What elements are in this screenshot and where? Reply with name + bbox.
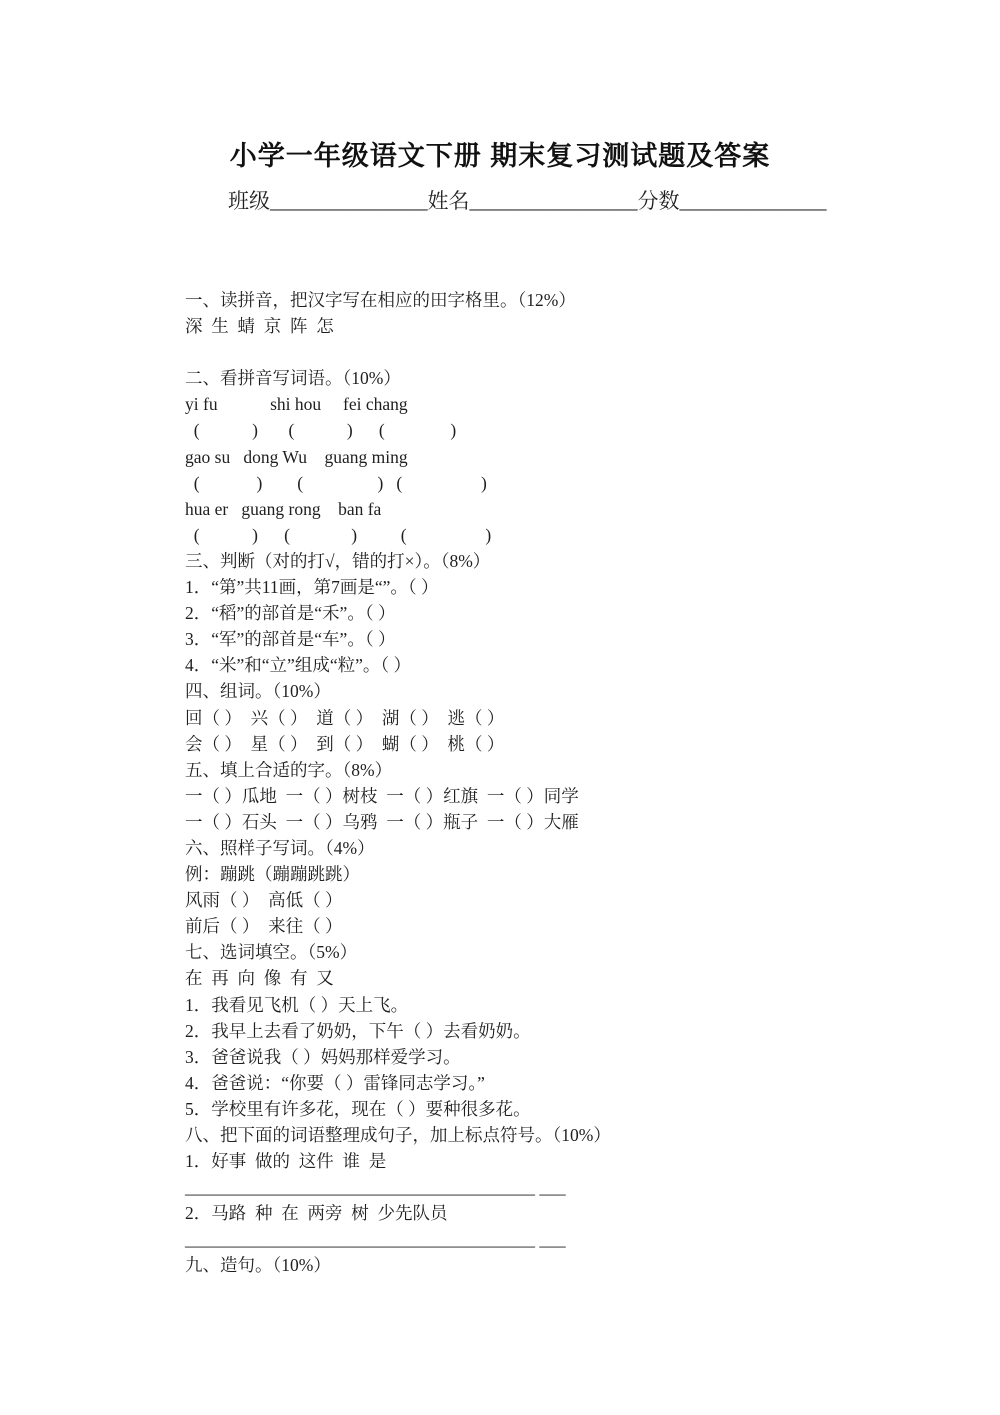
document-line: 六、照样子写词。（4%） bbox=[185, 835, 975, 861]
document-line: 2．“稻”的部首是“禾”。（ ） bbox=[185, 600, 975, 626]
document-line: 会（ ） 星（ ） 到（ ） 蝴（ ） 桃（ ） bbox=[185, 731, 975, 757]
name-blank-line: ________________ bbox=[470, 189, 638, 213]
document-line: 回（ ） 兴（ ） 道（ ） 湖（ ） 逃（ ） bbox=[185, 705, 975, 731]
document-line: 一、读拼音，把汉字写在相应的田字格里。（12%） bbox=[185, 287, 975, 313]
document-line: 4．爸爸说：“你要（ ）雷锋同志学习。” bbox=[185, 1070, 975, 1096]
document-line: 4．“米”和“立”组成“粒”。（ ） bbox=[185, 652, 975, 678]
blank-line bbox=[185, 339, 975, 365]
document-line: 在 再 向 像 有 又 bbox=[185, 965, 975, 991]
document-line: 5．学校里有许多花，现在（ ）要种很多花。 bbox=[185, 1096, 975, 1122]
document-line: ________________________________________… bbox=[185, 1226, 975, 1252]
document-line: 3．爸爸说我（ ）妈妈那样爱学习。 bbox=[185, 1044, 975, 1070]
document-line: 前后（ ） 来往（ ） bbox=[185, 913, 975, 939]
document-line: ( ) ( ) ( ) bbox=[185, 417, 975, 443]
document-line: 2．马路 种 在 两旁 树 少先队员 bbox=[185, 1200, 975, 1226]
document-line: 2．我早上去看了奶奶，下午（ ）去看奶奶。 bbox=[185, 1018, 975, 1044]
name-label: 姓名 bbox=[428, 189, 470, 213]
document-line: 五、填上合适的字。（8%） bbox=[185, 757, 975, 783]
document-line: 1．“第”共11画，第7画是“”。（ ） bbox=[185, 574, 975, 600]
score-blank-line: ______________ bbox=[680, 189, 827, 213]
document-line: 二、看拼音写词语。（10%） bbox=[185, 365, 975, 391]
document-line: 四、组词。（10%） bbox=[185, 678, 975, 704]
document-line: 例：蹦跳（蹦蹦跳跳） bbox=[185, 861, 975, 887]
document-line: 一（ ）石头 一（ ）乌鸦 一（ ）瓶子 一（ ）大雁 bbox=[185, 809, 975, 835]
document-line: 深 生 蜻 京 阵 怎 bbox=[185, 313, 975, 339]
document-line: ( ) ( ) ( ) bbox=[185, 522, 975, 548]
document-line: 七、选词填空。（5%） bbox=[185, 939, 975, 965]
student-info-line: 班级_______________姓名________________分数___… bbox=[228, 186, 827, 216]
class-blank-line: _______________ bbox=[270, 189, 428, 213]
document-line: 1．我看见飞机（ ）天上飞。 bbox=[185, 992, 975, 1018]
document-line: gao su dong Wu guang ming bbox=[185, 444, 975, 470]
page-title: 小学一年级语文下册 期末复习测试题及答案 bbox=[0, 138, 1000, 174]
test-paper-page: 小学一年级语文下册 期末复习测试题及答案 班级_______________姓名… bbox=[0, 0, 1000, 1415]
document-line: 1．好事 做的 这件 谁 是 bbox=[185, 1148, 975, 1174]
document-line: yi fu shi hou fei chang bbox=[185, 391, 975, 417]
document-line: 一（ ）瓜地 一（ ）树枝 一（ ）红旗 一（ ）同学 bbox=[185, 783, 975, 809]
document-line: 八、把下面的词语整理成句子，加上标点符号。（10%） bbox=[185, 1122, 975, 1148]
document-line: 3．“军”的部首是“车”。（ ） bbox=[185, 626, 975, 652]
document-line: hua er guang rong ban fa bbox=[185, 496, 975, 522]
document-line: 三、判断（对的打√，错的打×）。（8%） bbox=[185, 548, 975, 574]
document-body: 一、读拼音，把汉字写在相应的田字格里。（12%）深 生 蜻 京 阵 怎二、看拼音… bbox=[185, 287, 975, 1279]
document-line: ( ) ( ) ( ) bbox=[185, 470, 975, 496]
class-label: 班级 bbox=[228, 189, 270, 213]
document-line: 九、造句。（10%） bbox=[185, 1252, 975, 1278]
document-line: ________________________________________… bbox=[185, 1174, 975, 1200]
score-label: 分数 bbox=[638, 189, 680, 213]
document-line: 风雨（ ） 高低（ ） bbox=[185, 887, 975, 913]
